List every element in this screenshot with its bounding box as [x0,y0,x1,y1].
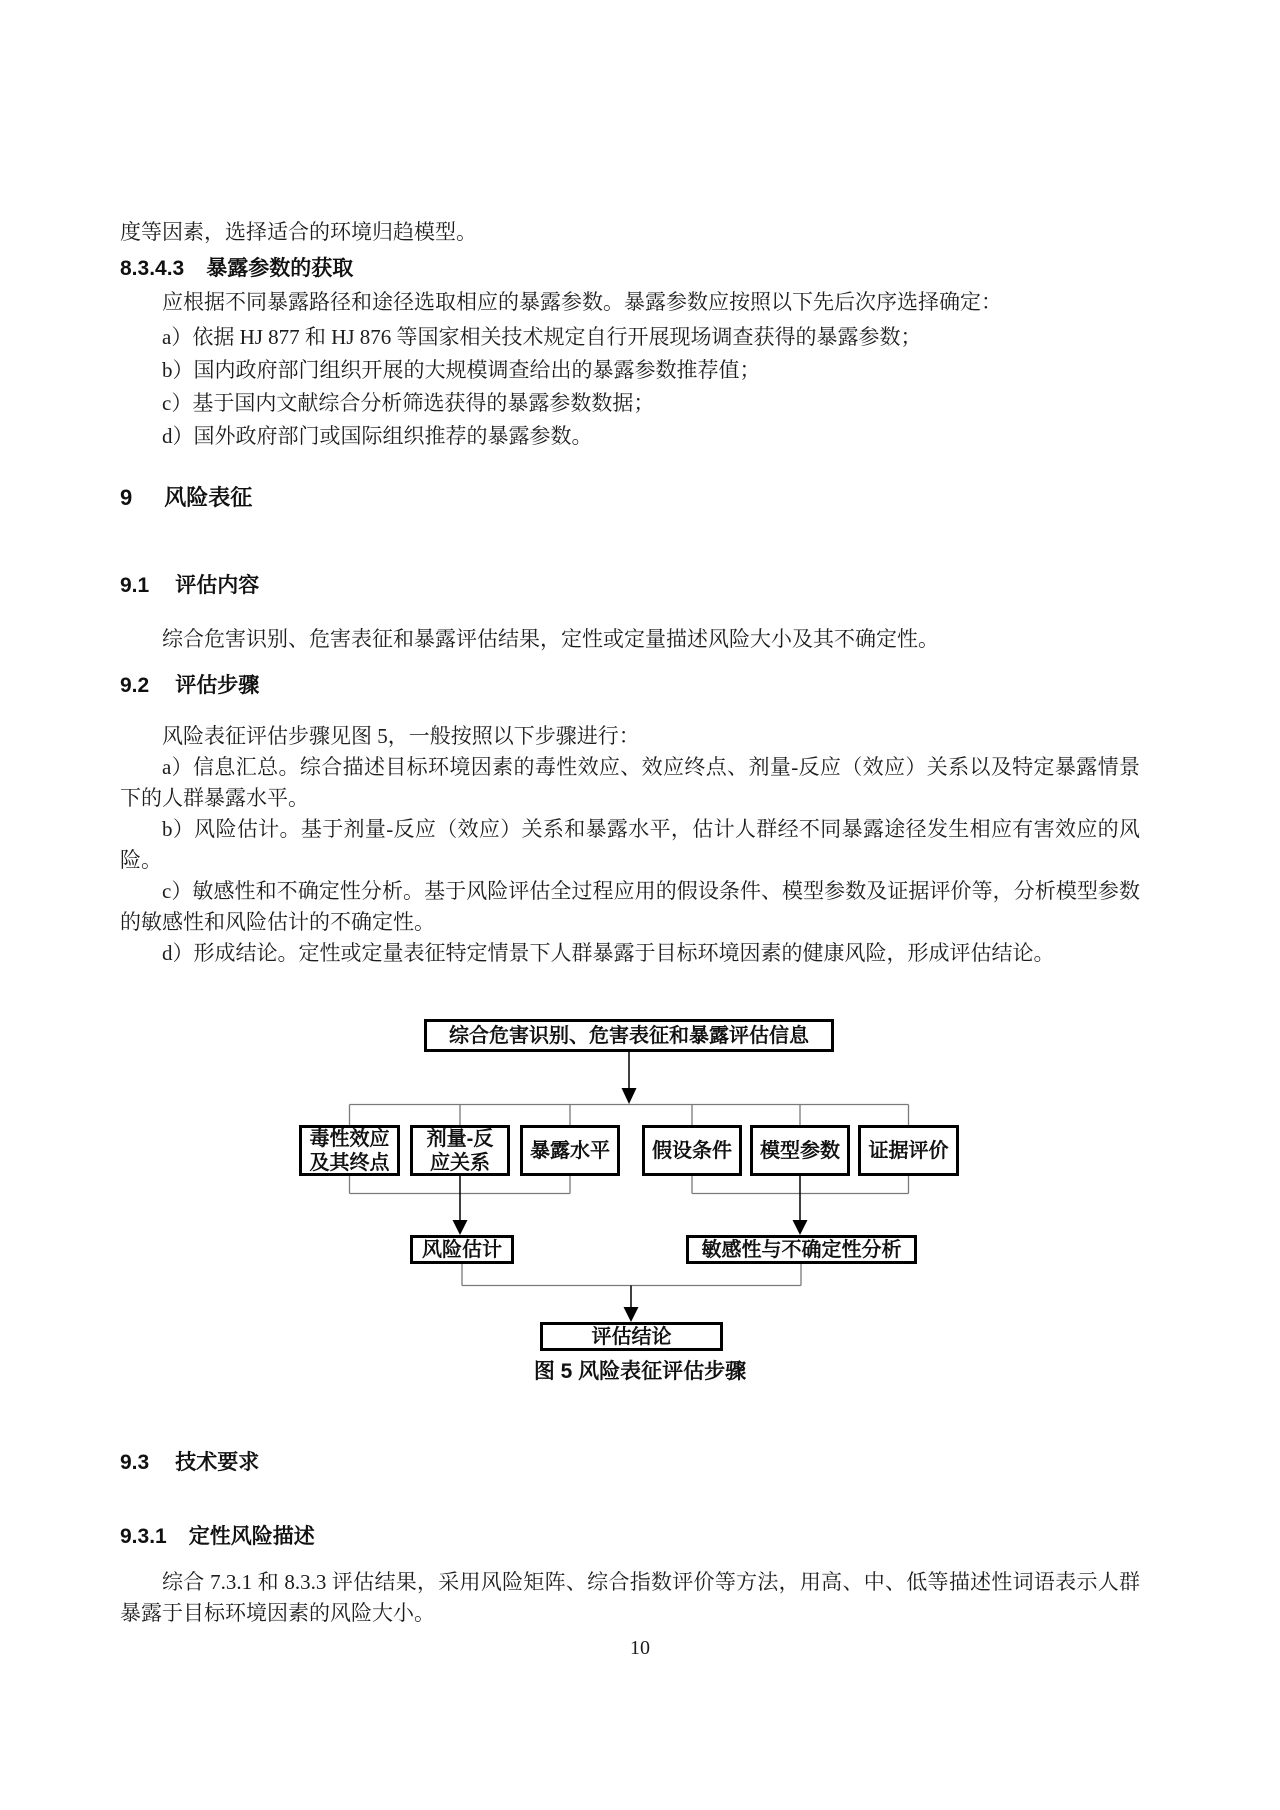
paragraph-9-2-intro: 风险表征评估步骤见图 5，一般按照以下步骤进行： [162,721,640,752]
list-item-d: d）国外政府部门或国际组织推荐的暴露参数。 [162,421,593,452]
heading-title: 评估内容 [175,574,259,597]
heading-number: 9 [120,482,132,513]
arrow-down-icon [622,1088,637,1104]
flow-box-dose-response: 剂量-反 应关系 [410,1125,510,1176]
paragraph-exposure-params: 应根据不同暴露路径和途径选取相应的暴露参数。暴露参数应按照以下先后次序选择确定： [162,287,1002,318]
flow-box-assumptions: 假设条件 [642,1125,742,1176]
flow-box-model-params: 模型参数 [750,1125,850,1176]
flow-box-evidence-eval: 证据评价 [858,1125,959,1176]
list-item-b: b）国内政府部门组织开展的大规模调查给出的暴露参数推荐值； [162,355,761,386]
heading-title: 评估步骤 [175,674,259,697]
paragraph-step-d: d）形成结论。定性或定量表征特定情景下人群暴露于目标环境因素的健康风险，形成评估… [120,938,1140,969]
heading-title: 技术要求 [175,1451,259,1474]
flowchart-connectors [230,1019,1050,1354]
paragraph-step-b: b）风险估计。基于剂量-反应（效应）关系和暴露水平，估计人群经不同暴露途径发生相… [120,814,1140,876]
heading-title: 风险表征 [164,485,252,510]
page-number: 10 [0,1637,1280,1660]
list-item-a: a）依据 HJ 877 和 HJ 876 等国家相关技术规定自行开展现场调查获得… [162,322,922,353]
heading-9-2: 9.2评估步骤 [120,670,259,701]
heading-9: 9风险表征 [120,482,252,513]
flow-box-risk-estimate: 风险估计 [410,1235,514,1264]
heading-9-1: 9.1评估内容 [120,570,259,601]
heading-9-3-1: 9.3.1定性风险描述 [120,1521,315,1552]
heading-number: 9.1 [120,570,149,601]
heading-number: 9.2 [120,670,149,701]
heading-number: 9.3 [120,1447,149,1478]
list-item-c: c）基于国内文献综合分析筛选获得的暴露参数数据； [162,388,654,419]
heading-title: 定性风险描述 [189,1525,315,1548]
heading-8-3-4-3: 8.3.4.3暴露参数的获取 [120,253,353,284]
flow-box-conclusion: 评估结论 [540,1322,723,1351]
heading-title: 暴露参数的获取 [206,257,353,280]
heading-number: 9.3.1 [120,1521,167,1552]
flow-box-sensitivity-analysis: 敏感性与不确定性分析 [686,1235,917,1264]
arrow-down-icon [453,1220,468,1235]
paragraph-continuation: 度等因素，选择适合的环境归趋模型。 [120,217,477,248]
paragraph-step-a: a）信息汇总。综合描述目标环境因素的毒性效应、效应终点、剂量-反应（效应）关系以… [120,752,1140,814]
figure-5-flowchart: 综合危害识别、危害表征和暴露评估信息 毒性效应 及其终点 剂量-反 应关系 暴露… [230,1019,1050,1399]
heading-9-3: 9.3技术要求 [120,1447,259,1478]
heading-number: 8.3.4.3 [120,253,184,284]
flow-box-exposure-level: 暴露水平 [520,1125,620,1176]
paragraph-9-3-1: 综合 7.3.1 和 8.3.3 评估结果，采用风险矩阵、综合指数评价等方法，用… [120,1567,1140,1629]
arrow-down-icon [624,1307,639,1322]
document-page: 度等因素，选择适合的环境归趋模型。 8.3.4.3暴露参数的获取 应根据不同暴露… [0,0,1280,1810]
flow-box-toxic-effects: 毒性效应 及其终点 [299,1125,400,1176]
paragraph-step-c: c）敏感性和不确定性分析。基于风险评估全过程应用的假设条件、模型参数及证据评价等… [120,876,1140,938]
paragraph-9-1: 综合危害识别、危害表征和暴露评估结果，定性或定量描述风险大小及其不确定性。 [162,624,939,655]
flow-box-summary-info: 综合危害识别、危害表征和暴露评估信息 [424,1019,834,1052]
arrow-down-icon [793,1220,808,1235]
figure-caption: 图 5 风险表征评估步骤 [230,1355,1050,1385]
